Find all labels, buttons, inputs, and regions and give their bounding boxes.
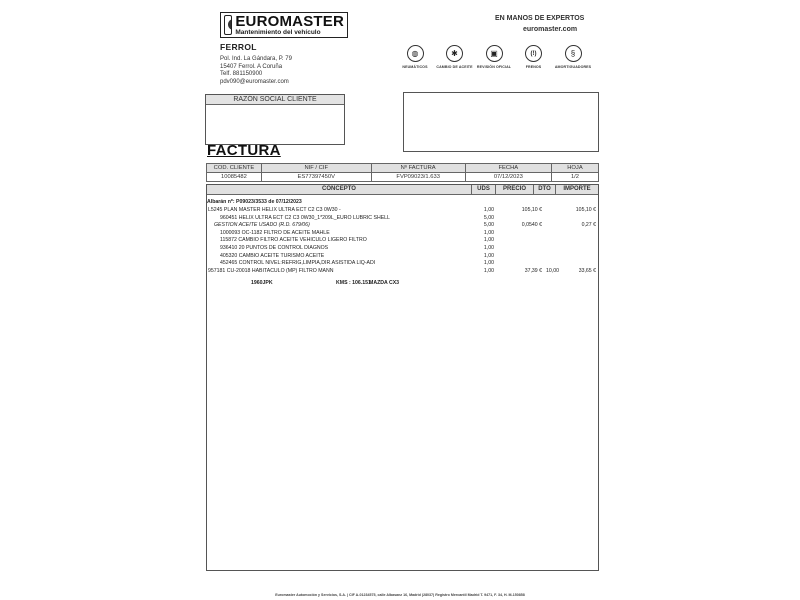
phone: Telf. 881150900: [220, 71, 292, 79]
line-amount: 33,65 €: [558, 268, 596, 274]
line-units: 5,00: [480, 222, 494, 228]
line-discount: 10,00: [539, 268, 559, 274]
invoice-meta-table: COD. CLIENTE NIF / CIF Nº FACTURA FECHA …: [206, 163, 599, 182]
line-units: 1,00: [480, 237, 494, 243]
car-inspection-icon: ▣: [486, 45, 503, 62]
vehicle-kms: KMS : 106.151: [336, 280, 371, 286]
line-price: 37,39 €: [500, 268, 542, 274]
euromaster-logo: EUROMASTER Mantenimiento del vehículo: [220, 12, 348, 38]
line-units: 1,00: [480, 245, 494, 251]
line-concept: 115872 CAMBIO FILTRO ACEITE VEHICULO LIG…: [220, 237, 367, 243]
line-units: 1,00: [480, 253, 494, 259]
line-concept: 957181 CU-20018 HABITACULO (MP) FILTRO M…: [208, 268, 334, 274]
page-number: 1/2: [551, 173, 598, 182]
invoice-number: FVP09023/1.633: [371, 173, 465, 182]
brake-icon: (!): [525, 45, 542, 62]
document-title: FACTURA: [207, 142, 281, 159]
oil-change-icon: ✱: [446, 45, 463, 62]
address-line: Pol. Ind. La Gándara, P. 79: [220, 56, 292, 64]
delivery-note-ref: Albarán nº: P09023/3533 de 07/12/2023: [207, 199, 302, 205]
slogan: EN MANOS DE EXPERTOS: [495, 15, 584, 22]
branch-address: Pol. Ind. La Gándara, P. 79 15407 Ferrol…: [220, 56, 292, 86]
header-discount: DTO: [534, 185, 556, 194]
header-tax-id: NIF / CIF: [261, 164, 371, 173]
company-footer: Euromaster Automoción y Servicios, S.A. …: [250, 593, 550, 597]
table-row: 957181 CU-20018 HABITACULO (MP) FILTRO M…: [208, 268, 598, 276]
service-oil-change: ✱ CAMBIO DE ACEITE: [436, 45, 474, 70]
client-code: 10085482: [207, 173, 262, 182]
tax-id: ES77397450V: [261, 173, 371, 182]
header-invoice-number: Nº FACTURA: [371, 164, 465, 173]
line-concept: GESTION ACEITE USADO (R.D. 679/06): [214, 222, 310, 228]
invoice-date: 07/12/2023: [465, 173, 551, 182]
lines-header: CONCEPTO UDS PRECIO DTO IMPORTE: [207, 185, 598, 195]
branch-name: FERROL: [220, 42, 257, 52]
line-amount: 105,10 €: [558, 207, 596, 213]
line-concept: 452465 CONTROL NIVEL:REFRIG,LIMPIA,DIR.A…: [220, 260, 375, 266]
client-name-box: RAZÓN SOCIAL CLIENTE: [205, 94, 345, 145]
tire-icon: ◍: [407, 45, 424, 62]
header-page: HOJA: [551, 164, 598, 173]
line-amount: 0,27 €: [558, 222, 596, 228]
email: pdv090@euromaster.com: [220, 79, 292, 87]
service-inspection: ▣ REVISIÓN OFICIAL: [475, 45, 513, 70]
line-price: 0,0540 €: [500, 222, 542, 228]
line-concept: 1000093 OC-1182 FILTRO DE ACEITE MAHLE: [220, 230, 330, 236]
line-units: 1,00: [480, 268, 494, 274]
header-units: UDS: [472, 185, 496, 194]
client-address-box: [403, 92, 599, 152]
vehicle-model: MAZDA CX3: [369, 280, 399, 286]
line-concept: L5245 PLAN MASTER HELIX ULTRA ECT C2 C3 …: [208, 207, 341, 213]
service-brakes: (!) FRENOS: [515, 45, 553, 70]
header-concept: CONCEPTO: [207, 185, 472, 194]
header-price: PRECIO: [496, 185, 534, 194]
brand-tagline: Mantenimiento del vehículo: [235, 30, 344, 37]
line-concept: 405320 CAMBIO ACEITE TURISMO ACEITE: [220, 253, 324, 259]
shock-absorber-icon: §: [565, 45, 582, 62]
line-units: 1,00: [480, 260, 494, 266]
address-line: 15407 Ferrol. A Coruña: [220, 64, 292, 72]
line-concept: 960451 HELIX ULTRA ECT C2 C3 0W30_1*209L…: [220, 215, 390, 221]
line-price: 105,10 €: [500, 207, 542, 213]
brand-name: EUROMASTER: [235, 14, 344, 29]
service-tires: ◍ NEUMÁTICOS: [396, 45, 434, 70]
website: euromaster.com: [523, 26, 577, 33]
services-strip: ◍ NEUMÁTICOS ✱ CAMBIO DE ACEITE ▣ REVISI…: [396, 45, 592, 70]
header-amount: IMPORTE: [556, 185, 598, 194]
header-client-code: COD. CLIENTE: [207, 164, 262, 173]
header-date: FECHA: [465, 164, 551, 173]
line-concept: 936410 20 PUNTOS DE CONTROL DIAGNOS: [220, 245, 328, 251]
service-shock-absorbers: § AMORTIGUADORES: [554, 45, 592, 70]
line-units: 5,00: [480, 215, 494, 221]
client-box-title: RAZÓN SOCIAL CLIENTE: [206, 95, 344, 105]
logo-emblem-icon: [224, 15, 232, 35]
line-units: 1,00: [480, 207, 494, 213]
line-units: 1,00: [480, 230, 494, 236]
vehicle-plate: 1960JPK: [251, 280, 273, 286]
